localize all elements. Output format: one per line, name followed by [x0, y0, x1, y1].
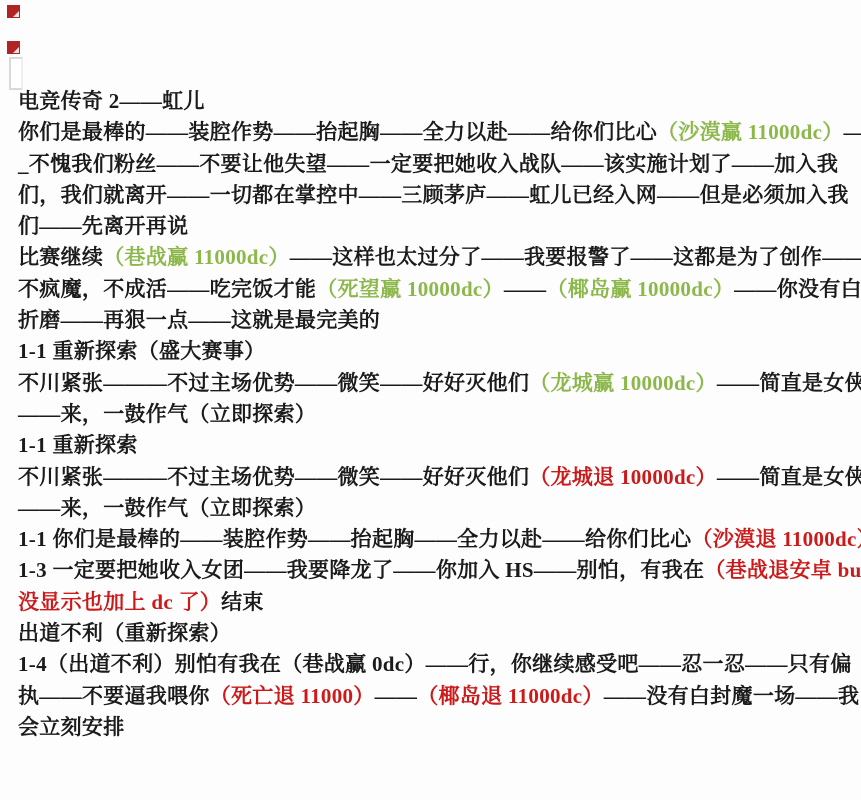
text-segment: 不川紧张———不过主场优势——微笑——好好灭他们: [18, 465, 529, 489]
text-segment: ——: [375, 684, 418, 708]
text-line: 1-3 一定要把她收入女团——我要降龙了——你加入 HS——别怕，有我在（巷战退…: [18, 555, 856, 586]
text-line: 1-1 重新探索（盛大赛事）: [18, 336, 856, 367]
text-segment: 们——先离开再说: [18, 214, 188, 238]
text-line: 比赛继续（巷战赢 11000dc）——这样也太过分了——我要报警了——这都是为了…: [18, 242, 856, 273]
text-line: 你们是最棒的——装腔作势——抬起胸——全力以赴——给你们比心（沙漠赢 11000…: [18, 117, 856, 148]
text-segment: 不疯魔，不成活——吃完饭才能: [18, 277, 316, 301]
marker-notch: [13, 47, 19, 53]
text-line: 折磨——再狠一点——这就是最完美的: [18, 305, 856, 336]
text-segment: 结束: [221, 590, 264, 614]
text-segment: 你们是最棒的——装腔作势——抬起胸——全力以赴——给你们比心: [18, 120, 657, 144]
text-line: 不川紧张———不过主场优势——微笑——好好灭他们（龙城赢 10000dc）——简…: [18, 368, 856, 399]
text-line: 执——不要逼我喂你（死亡退 11000）——（椰岛退 11000dc）——没有白…: [18, 681, 856, 712]
screenshot-page: { "colors": { "ink": "#1b1b1b", "green":…: [0, 0, 861, 800]
text-segment: 1-4（出道不利）别怕有我在（巷战赢 0dc）——行，你继续感受吧——忍一忍——…: [18, 652, 852, 676]
text-line: 没显示也加上 dc 了）结束: [18, 587, 856, 618]
text-segment: 会立刻安排: [18, 715, 125, 739]
text-segment: （椰岛退 11000dc）: [417, 684, 604, 708]
text-segment: （沙漠退 11000dc）: [691, 527, 861, 551]
text-segment: ——来，一鼓作气（立即探索）: [18, 496, 316, 520]
text-line: 会立刻安排: [18, 712, 856, 743]
text-segment: ——: [504, 277, 547, 301]
text-segment: —: [844, 120, 861, 144]
text-line: 电竞传奇 2——虹儿: [18, 86, 856, 117]
text-line: 1-1 你们是最棒的——装腔作势——抬起胸——全力以赴——给你们比心（沙漠退 1…: [18, 524, 856, 555]
text-segment: （沙漠赢 11000dc）: [657, 120, 844, 144]
text-line: 们，我们就离开——一切都在掌控中——三顾茅庐——虹儿已经入网——但是必须加入我: [18, 180, 856, 211]
text-segment: 折磨——再狠一点——这就是最完美的: [18, 308, 380, 332]
text-line: 不川紧张———不过主场优势——微笑——好好灭他们（龙城退 10000dc）——简…: [18, 462, 856, 493]
text-segment: 比赛继续: [18, 245, 103, 269]
text-line: 不疯魔，不成活——吃完饭才能（死望赢 10000dc）——（椰岛赢 10000d…: [18, 274, 856, 305]
text-segment: 执——不要逼我喂你: [18, 684, 210, 708]
text-segment: 出道不利（重新探索）: [18, 621, 231, 645]
red-square-marker-icon: [7, 41, 20, 54]
text-line: 1-1 重新探索: [18, 430, 856, 461]
text-segment: ——这样也太过分了——我要报警了——这都是为了创作——: [290, 245, 861, 269]
text-segment: ——没有白封魔一场——我: [604, 684, 860, 708]
text-segment: 1-1 重新探索: [18, 433, 138, 457]
text-segment: ——简直是女侠: [717, 371, 861, 395]
text-line: 1-4（出道不利）别怕有我在（巷战赢 0dc）——行，你继续感受吧——忍一忍——…: [18, 649, 856, 680]
text-line: _不愧我们粉丝——不要让他失望——一定要把她收入战队——该实施计划了——加入我: [18, 149, 856, 180]
text-segment: （龙城赢 10000dc）: [529, 371, 717, 395]
text-segment: ——来，一鼓作气（立即探索）: [18, 402, 316, 426]
text-segment: （龙城退 10000dc）: [529, 465, 717, 489]
text-segment: （椰岛赢 10000dc）: [546, 277, 734, 301]
red-square-marker-icon: [7, 5, 20, 18]
marker-notch: [13, 11, 19, 17]
text-segment: （巷战退安卓 bug: [704, 558, 861, 582]
text-segment: 电竞传奇 2——虹儿: [18, 89, 205, 113]
text-segment: 1-1 你们是最棒的——装腔作势——抬起胸——全力以赴——给你们比心: [18, 527, 691, 551]
text-segment: （死望赢 10000dc）: [316, 277, 504, 301]
document-body: 电竞传奇 2——虹儿你们是最棒的——装腔作势——抬起胸——全力以赴——给你们比心…: [18, 86, 856, 743]
text-segment: 没显示也加上 dc 了）: [18, 590, 221, 614]
text-segment: 1-1 重新探索（盛大赛事）: [18, 339, 265, 363]
text-segment: 1-3 一定要把她收入女团——我要降龙了——你加入 HS——别怕，有我在: [18, 558, 704, 582]
text-line: 们——先离开再说: [18, 211, 856, 242]
text-segment: 们，我们就离开——一切都在掌控中——三顾茅庐——虹儿已经入网——但是必须加入我: [18, 183, 849, 207]
text-line: ——来，一鼓作气（立即探索）: [18, 399, 856, 430]
text-segment: （死亡退 11000）: [210, 684, 375, 708]
text-segment: ——你没有白: [734, 277, 861, 301]
text-segment: ——简直是女侠: [717, 465, 861, 489]
text-line: ——来，一鼓作气（立即探索）: [18, 493, 856, 524]
text-segment: _不愧我们粉丝——不要让他失望——一定要把她收入战队——该实施计划了——加入我: [18, 152, 838, 176]
text-segment: （巷战赢 11000dc）: [103, 245, 290, 269]
text-segment: 不川紧张———不过主场优势——微笑——好好灭他们: [18, 371, 529, 395]
text-line: 出道不利（重新探索）: [18, 618, 856, 649]
